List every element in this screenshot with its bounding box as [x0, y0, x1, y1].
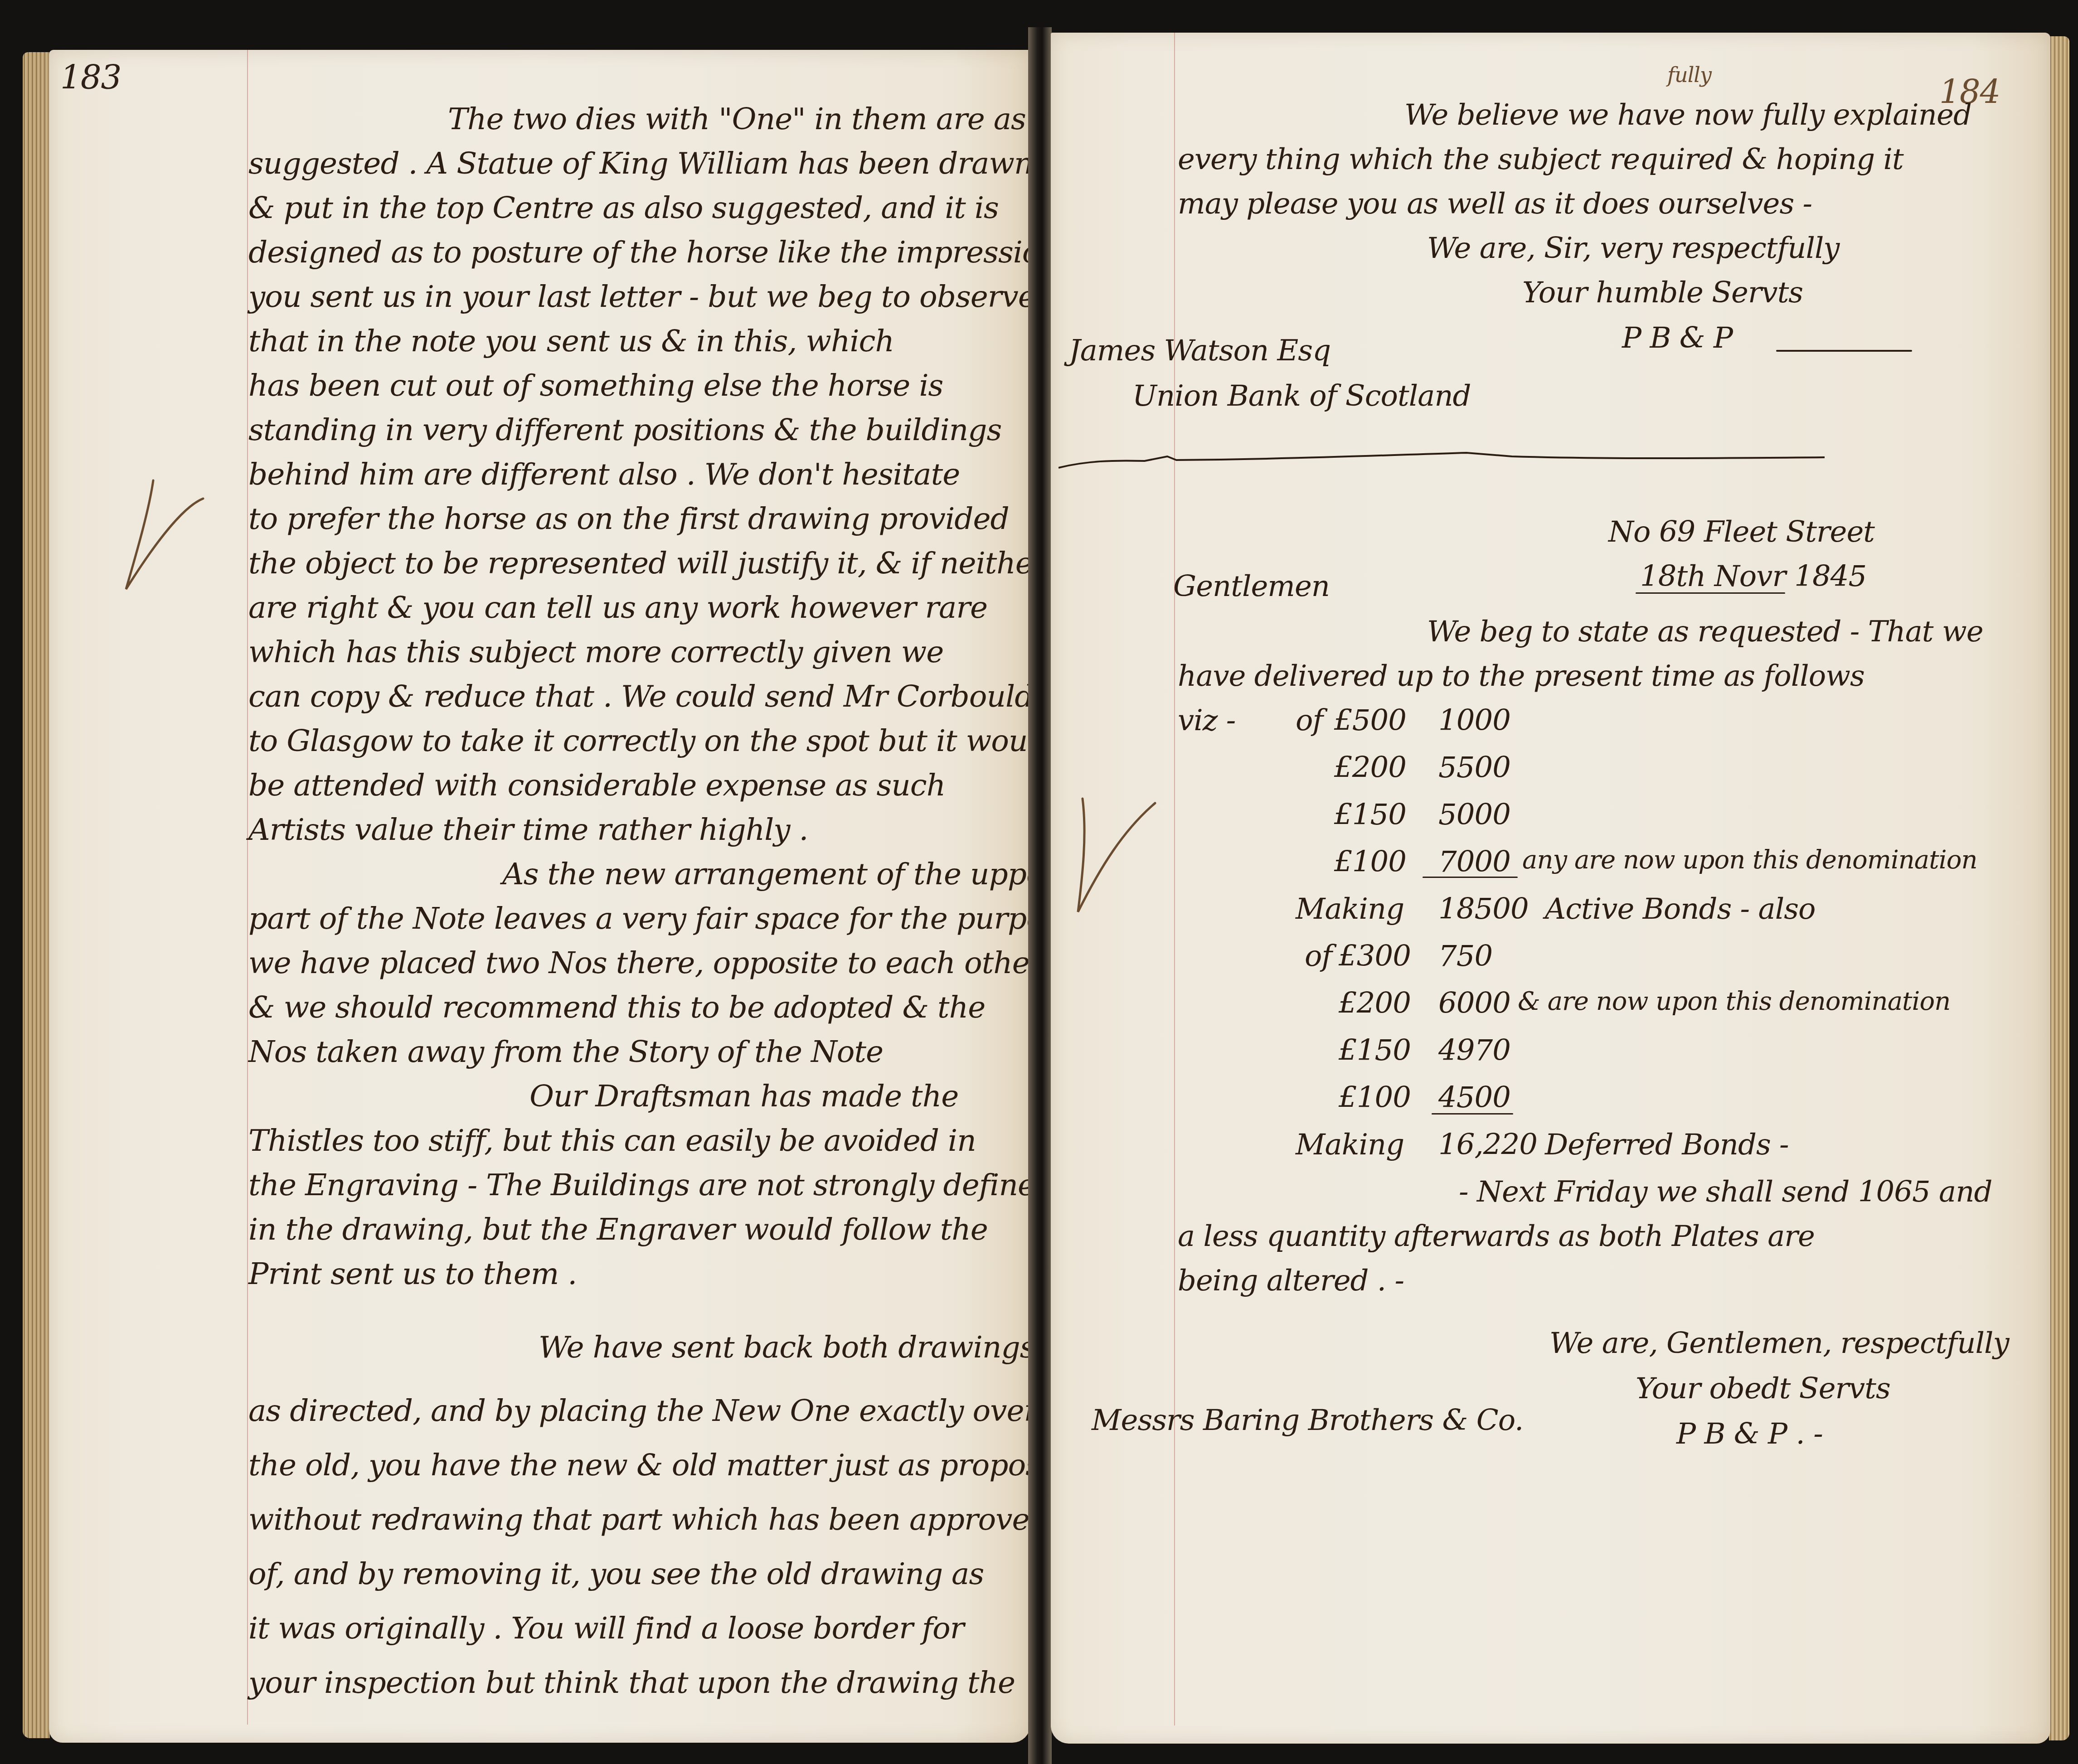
text-line: of, and by removing it, you see the old … — [248, 1559, 984, 1589]
total-description: Deferred Bonds - — [1545, 1130, 1789, 1159]
text-line: & we should recommend this to be adopted… — [248, 993, 985, 1023]
bond-denomination: £100 — [1334, 848, 1406, 877]
text-line: to prefer the horse as on the first draw… — [248, 504, 1009, 534]
signature: P B & P . - — [1676, 1420, 1823, 1449]
text-line: which has this subject more correctly gi… — [248, 637, 943, 667]
valediction: We are, Gentlemen, respectfully — [1549, 1329, 2009, 1358]
interlinear-insertion: fully — [1667, 64, 1711, 85]
sender-address: No 69 Fleet Street — [1608, 518, 1874, 547]
letter-date: 18th Novr 1845 — [1640, 562, 1866, 591]
right-page: 184 fully We believe we have now fully e… — [1051, 33, 2050, 1744]
text-line: - Next Friday we shall send 1065 and — [1459, 1178, 1992, 1207]
bond-denomination: £200 — [1334, 753, 1406, 782]
bond-quantity: 1000 — [1438, 706, 1510, 735]
text-line: every thing which the subject required &… — [1178, 145, 1903, 174]
text-line: a less quantity afterwards as both Plate… — [1178, 1222, 1815, 1251]
bond-quantity: 4500 — [1438, 1083, 1510, 1112]
signature-flourish — [1776, 350, 1912, 352]
complimentary-close: Your obedt Servts — [1636, 1374, 1890, 1403]
page-number: 183 — [60, 61, 121, 94]
margin-rule — [1174, 33, 1175, 1725]
total-value: 18500 — [1438, 895, 1529, 924]
total-value: 16,220 — [1438, 1130, 1537, 1159]
bond-denomination: £300 — [1339, 942, 1411, 971]
text-line: are right & you can tell us any work how… — [248, 593, 987, 623]
bond-denomination: £150 — [1339, 1036, 1411, 1065]
bond-quantity: 4970 — [1438, 1036, 1510, 1065]
subtotal-underline — [1432, 1113, 1513, 1115]
bond-denomination: £200 — [1339, 989, 1411, 1018]
right-page-fore-edge — [2049, 36, 2069, 1740]
bond-prefix: of — [1305, 942, 1332, 971]
letter-separator-rule — [1058, 452, 1825, 470]
text-line: you sent us in your last letter - but we… — [248, 282, 1035, 312]
bond-note: any are now upon this denomination — [1522, 848, 1977, 873]
text-line: in the drawing, but the Engraver would f… — [248, 1215, 988, 1245]
bond-prefix: of — [1296, 706, 1323, 735]
subtotal-underline — [1423, 877, 1518, 878]
bond-quantity: 6000 — [1438, 989, 1510, 1018]
text-line: suggested . A Statue of King William has… — [248, 149, 1033, 179]
bond-quantity: 5000 — [1438, 800, 1510, 829]
text-line: We believe we have now fully explained — [1404, 101, 1971, 130]
text-line: behind him are different also . We don't… — [248, 460, 960, 489]
text-line: & put in the top Centre as also suggeste… — [248, 193, 999, 223]
text-line: Nos taken away from the Story of the Not… — [248, 1037, 883, 1067]
bond-denomination: £100 — [1339, 1083, 1411, 1112]
margin-rule — [247, 50, 248, 1725]
signature: P B & P — [1622, 324, 1733, 353]
salutation: Gentlemen — [1173, 572, 1330, 601]
text-line: without redrawing that part which has be… — [248, 1505, 1048, 1535]
text-line: as directed, and by placing the New One … — [248, 1396, 1038, 1426]
bond-note: & are now upon this denomination — [1518, 989, 1950, 1014]
text-line: viz - — [1178, 706, 1235, 735]
text-line: has been cut out of something else the h… — [248, 371, 943, 401]
text-line: We have sent back both drawings — [539, 1333, 1035, 1362]
valediction: We are, Sir, very respectfully — [1427, 234, 1840, 263]
text-line: the Engraving - The Buildings are not st… — [248, 1170, 1054, 1200]
text-line: part of the Note leaves a very fair spac… — [248, 904, 1076, 934]
addressee-institution: Union Bank of Scotland — [1132, 382, 1471, 411]
check-mark-icon — [112, 476, 221, 612]
bond-quantity: 5500 — [1438, 753, 1510, 782]
complimentary-close: Your humble Servts — [1522, 278, 1803, 307]
text-line: your inspection but think that upon the … — [248, 1668, 1015, 1698]
text-line: to Glasgow to take it correctly on the s… — [248, 726, 1055, 756]
text-line: the old, you have the new & old matter j… — [248, 1450, 1077, 1480]
text-line: it was originally . You will find a loos… — [248, 1614, 964, 1643]
text-line: the object to be represented will justif… — [248, 548, 1046, 578]
bond-denomination: £500 — [1334, 706, 1406, 735]
text-line: Artists value their time rather highly . — [248, 815, 808, 845]
text-line: designed as to posture of the horse like… — [248, 237, 1058, 267]
total-description: Active Bonds - also — [1545, 895, 1816, 924]
text-line: Our Draftsman has made the — [529, 1081, 958, 1111]
text-line: being altered . - — [1178, 1266, 1404, 1295]
text-line: standing in very different positions & t… — [248, 415, 1001, 445]
bond-quantity: 7000 — [1438, 848, 1510, 877]
left-page: 183 The two dies with "One" in them are … — [49, 50, 1030, 1743]
text-line: As the new arrangement of the upper — [502, 859, 1058, 889]
text-line: be attended with considerable expense as… — [248, 771, 945, 800]
text-line: we have placed two Nos there, opposite t… — [248, 948, 1049, 978]
bond-denomination: £150 — [1334, 800, 1406, 829]
bond-quantity: 750 — [1438, 942, 1492, 971]
text-line: can copy & reduce that . We could send M… — [248, 682, 1033, 712]
text-line: may please you as well as it does oursel… — [1178, 189, 1812, 218]
check-mark-icon — [1064, 785, 1173, 921]
left-page-fore-edge — [23, 52, 50, 1738]
text-line: We beg to state as requested - That we — [1427, 617, 1983, 646]
addressee-name: Messrs Baring Brothers & Co. — [1092, 1406, 1523, 1435]
text-line: Thistles too stiff, but this can easily … — [248, 1126, 976, 1156]
text-line: The two dies with "One" in them are as — [448, 104, 1026, 134]
text-line: that in the note you sent us & in this, … — [248, 326, 894, 356]
total-label: Making — [1296, 895, 1404, 924]
text-line: Print sent us to them . — [248, 1259, 577, 1289]
text-line: have delivered up to the present time as… — [1178, 662, 1864, 691]
addressee-name: James Watson Esq — [1069, 336, 1330, 365]
total-label: Making — [1296, 1130, 1404, 1159]
book-gutter — [1028, 27, 1052, 1764]
date-underline — [1636, 592, 1785, 594]
